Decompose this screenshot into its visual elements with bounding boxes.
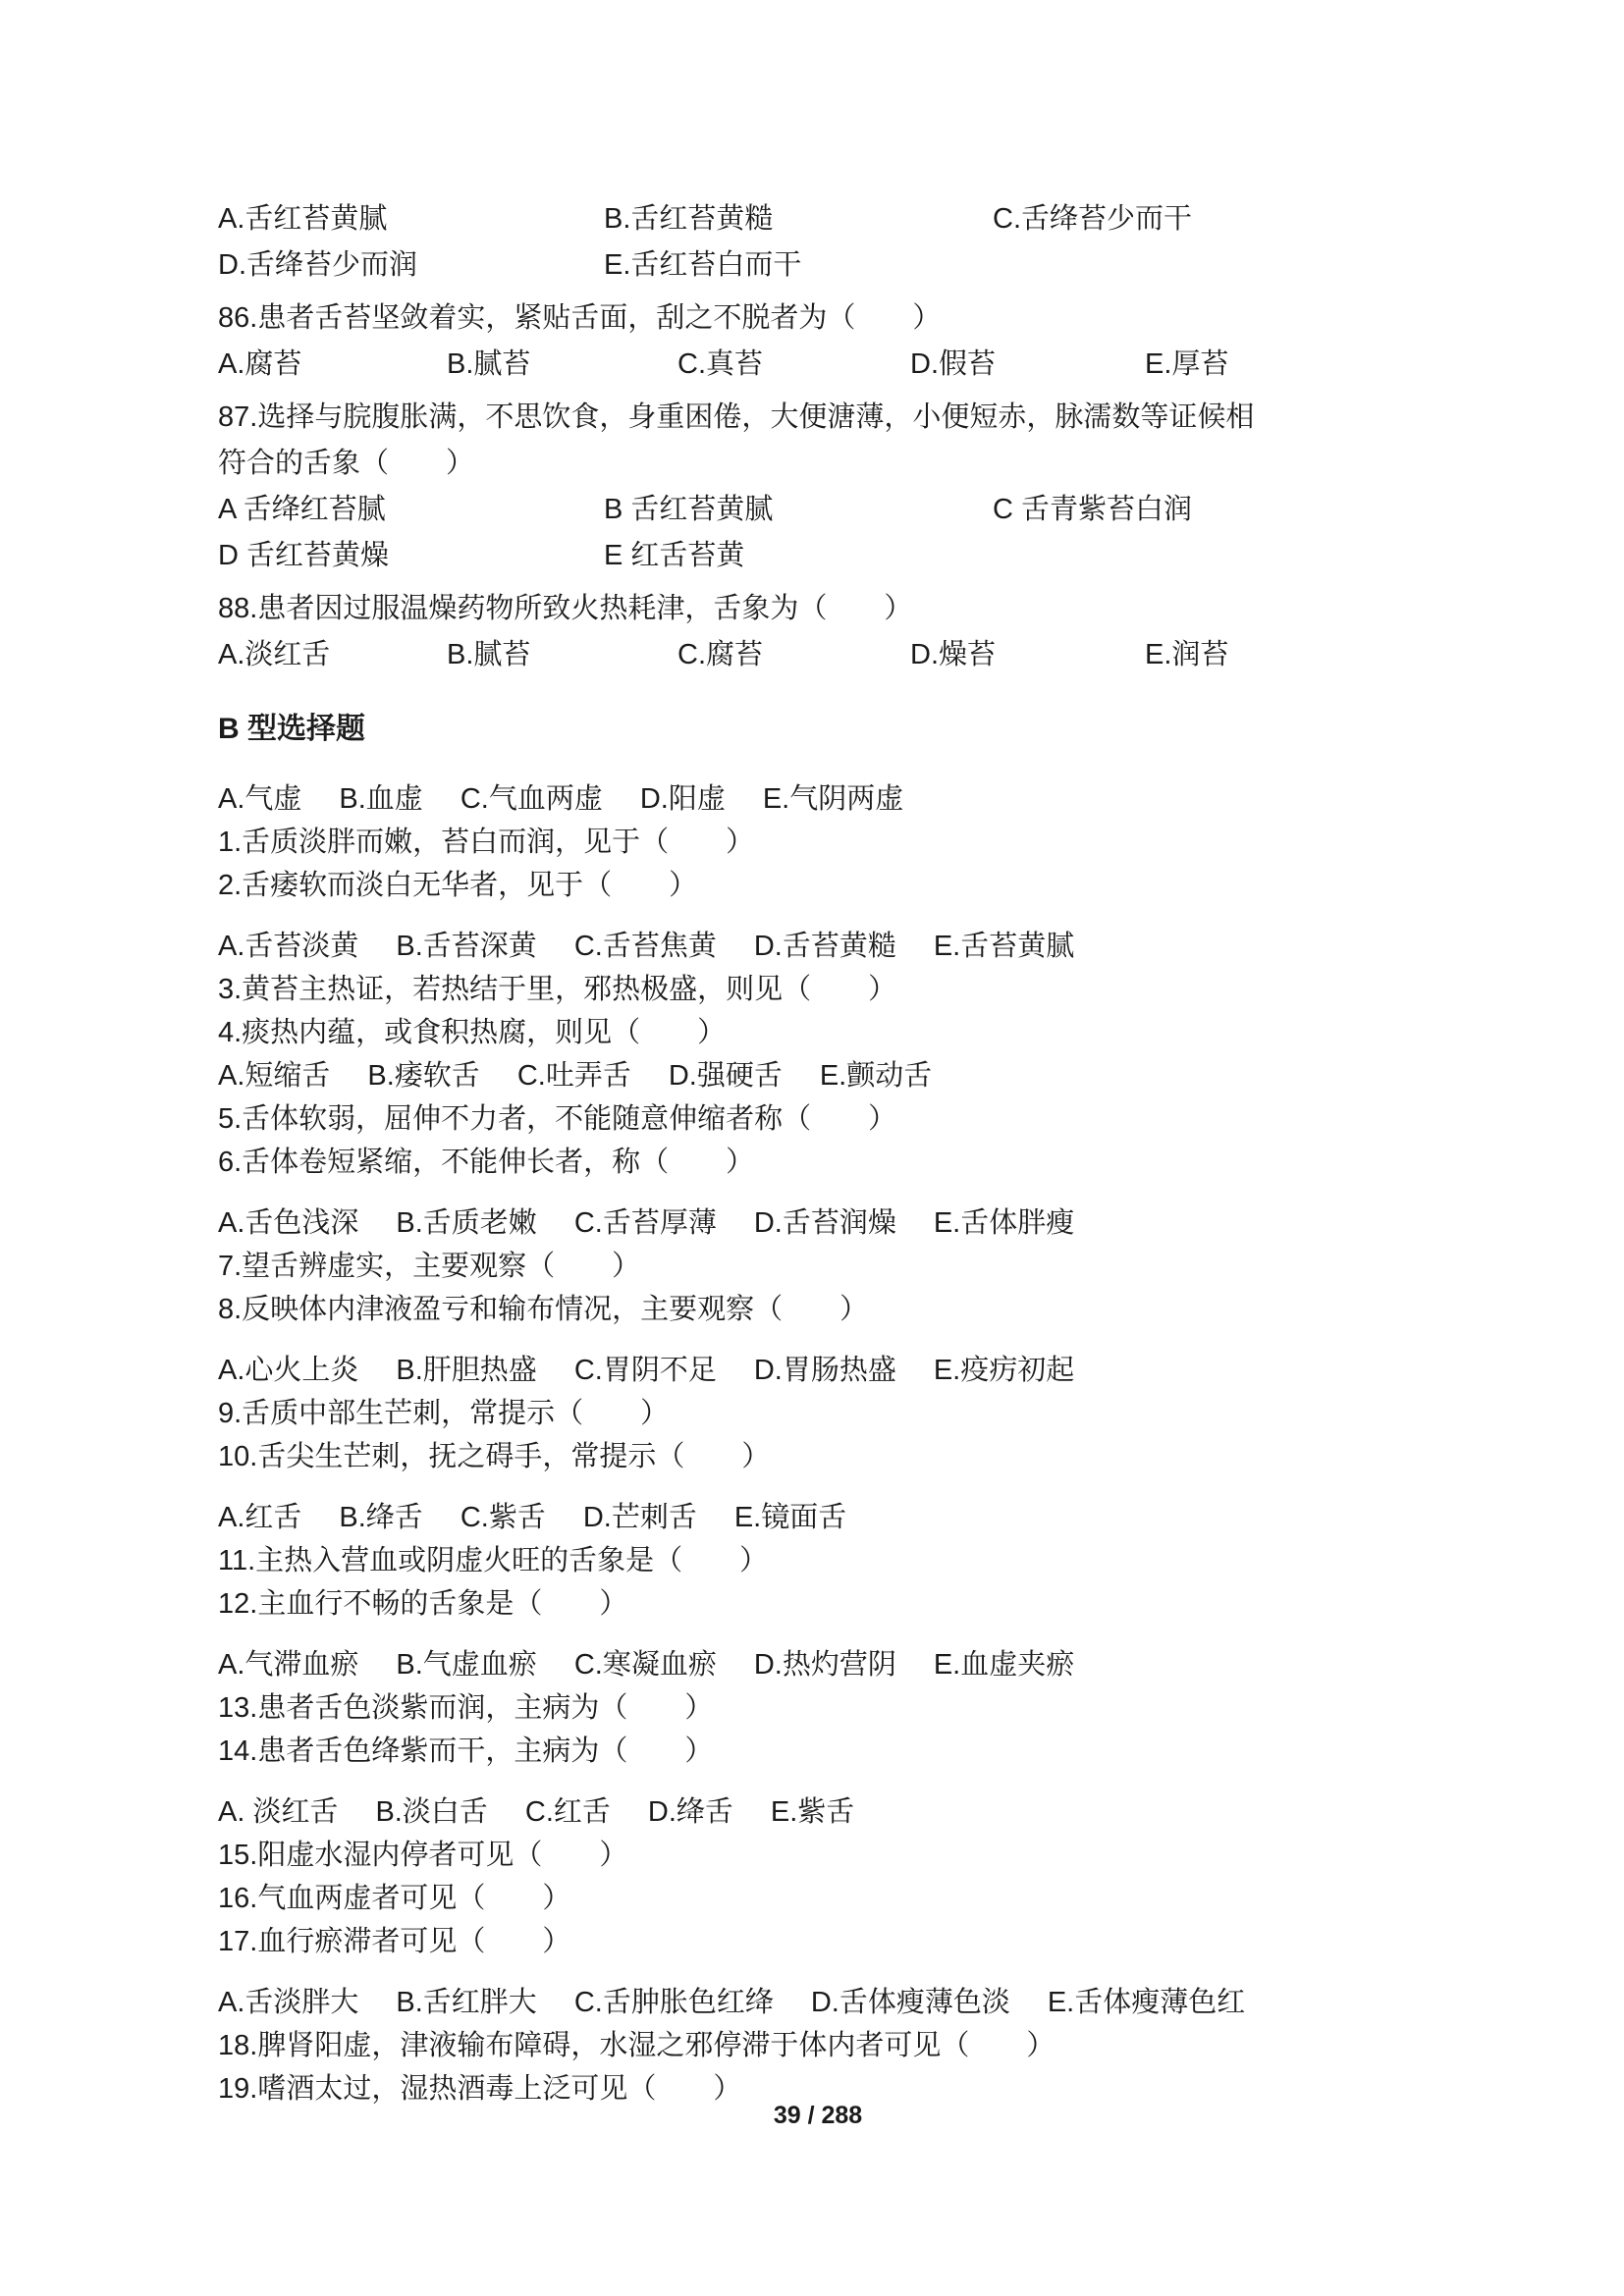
option-item: D.阳虚	[640, 777, 726, 821]
question-group: A.舌淡胖大 B.舌红胖大 C.舌肿胀色红绛 D.舌体瘦薄色淡 E.舌体瘦薄色红…	[218, 1981, 1494, 2110]
question-text: 88.患者因过服温燥药物所致火热耗津，舌象为（ ）	[218, 586, 912, 632]
question-line: 8.反映体内津液盈亏和输布情况，主要观察（ ）	[218, 1288, 1494, 1331]
options-row: A.心火上炎 B.肝胆热盛 C.胃阴不足 D.胃肠热盛 E.疫疠初起	[218, 1349, 1494, 1392]
options-row: A.舌色浅深 B.舌质老嫩 C.舌苔厚薄 D.舌苔润燥 E.舌体胖瘦	[218, 1201, 1494, 1245]
question-text: 符合的舌象（ ）	[218, 441, 474, 487]
option-item: E.润苔	[1145, 632, 1228, 678]
question-text: 10.舌尖生芒刺，抚之碍手，常提示（ ）	[218, 1435, 770, 1478]
options-row: A.淡红舌 B.腻苔 C.腐苔 D.燥苔 E.润苔	[218, 632, 1494, 678]
options-row: A. 淡红舌 B.淡白舌 C.红舌 D.绛舌 E.紫舌	[218, 1790, 1494, 1834]
options-row: A.红舌 B.绛舌 C.紫舌 D.芒刺舌 E.镜面舌	[218, 1496, 1494, 1539]
question-text: 11.主热入营血或阴虚火旺的舌象是（ ）	[218, 1539, 768, 1582]
option-item: E.疫疠初起	[934, 1349, 1074, 1392]
options-row: D.舌绛苔少而润 E.舌红苔白而干	[218, 242, 1494, 289]
option-item: E 红舌苔黄	[604, 533, 744, 579]
option-item: C.红舌	[525, 1790, 611, 1834]
options-row: A 舌绛红苔腻 B 舌红苔黄腻 C 舌青紫苔白润	[218, 487, 1494, 533]
option-item: B.痿软舌	[367, 1054, 479, 1097]
option-item: D.舌绛苔少而润	[218, 242, 604, 289]
option-item: A 舌绛红苔腻	[218, 487, 604, 533]
question-line: 15.阳虚水湿内停者可见（ ）	[218, 1834, 1494, 1877]
page-number: 39 / 288	[0, 2101, 1624, 2130]
question-group: A.气滞血瘀 B.气虚血瘀 C.寒凝血瘀 D.热灼营阴 E.血虚夹瘀 13.患者…	[218, 1643, 1494, 1773]
question-line: 11.主热入营血或阴虚火旺的舌象是（ ）	[218, 1539, 1494, 1582]
option-item: E.颤动舌	[820, 1054, 932, 1097]
option-item: D.舌苔黄糙	[754, 925, 896, 968]
option-item: D.强硬舌	[669, 1054, 783, 1097]
question-line: 14.患者舌色绛紫而干，主病为（ ）	[218, 1730, 1494, 1773]
question-line: 10.舌尖生芒刺，抚之碍手，常提示（ ）	[218, 1435, 1494, 1478]
question-text: 15.阳虚水湿内停者可见（ ）	[218, 1834, 627, 1877]
question-text: 2.舌痿软而淡白无华者，见于（ ）	[218, 864, 697, 907]
option-item: C.舌苔焦黄	[574, 925, 717, 968]
option-item: C.胃阴不足	[574, 1349, 717, 1392]
option-item: A.舌色浅深	[218, 1201, 358, 1245]
option-item: D.舌苔润燥	[754, 1201, 896, 1245]
option-item: D 舌红苔黄燥	[218, 533, 604, 579]
option-item: D.舌体瘦薄色淡	[811, 1981, 1010, 2024]
question-text: 86.患者舌苔坚敛着实，紧贴舌面，刮之不脱者为（ ）	[218, 295, 941, 342]
options-row: A.腐苔 B.腻苔 C.真苔 D.假苔 E.厚苔	[218, 342, 1494, 388]
option-item: E.镜面舌	[734, 1496, 846, 1539]
options-row: A.气虚 B.血虚 C.气血两虚 D.阳虚 E.气阴两虚	[218, 777, 1494, 821]
options-row: D 舌红苔黄燥 E 红舌苔黄	[218, 533, 1494, 579]
question-text: 4.痰热内蕴，或食积热腐，则见（ ）	[218, 1011, 726, 1054]
option-item: C.紫舌	[460, 1496, 546, 1539]
question-text: 18.脾肾阳虚，津液输布障碍，水湿之邪停滞于体内者可见（ ）	[218, 2024, 1055, 2067]
question-line: 16.气血两虚者可见（ ）	[218, 1877, 1494, 1920]
question-text: 8.反映体内津液盈亏和输布情况，主要观察（ ）	[218, 1288, 868, 1331]
question-text: 6.舌体卷短紧缩，不能伸长者，称（ ）	[218, 1141, 754, 1184]
option-item: B.腻苔	[447, 342, 677, 388]
option-item: A.舌苔淡黄	[218, 925, 358, 968]
question-group: A.舌色浅深 B.舌质老嫩 C.舌苔厚薄 D.舌苔润燥 E.舌体胖瘦 7.望舌辨…	[218, 1201, 1494, 1331]
question-text: 16.气血两虚者可见（ ）	[218, 1877, 570, 1920]
option-item: C.寒凝血瘀	[574, 1643, 717, 1686]
question-text: 9.舌质中部生芒刺，常提示（ ）	[218, 1392, 669, 1435]
option-item: E.紫舌	[771, 1790, 854, 1834]
option-item: B.舌质老嫩	[396, 1201, 536, 1245]
question-text: 14.患者舌色绛紫而干，主病为（ ）	[218, 1730, 713, 1773]
option-item: E.血虚夹瘀	[934, 1643, 1074, 1686]
question-line: 5.舌体软弱，屈伸不力者，不能随意伸缩者称（ ）	[218, 1097, 1494, 1141]
option-item: E.舌体胖瘦	[934, 1201, 1074, 1245]
option-item: C.吐弄舌	[517, 1054, 631, 1097]
question-line: 13.患者舌色淡紫而润，主病为（ ）	[218, 1686, 1494, 1730]
question-stem-continued: 符合的舌象（ ）	[218, 441, 1494, 487]
question-text: 12.主血行不畅的舌象是（ ）	[218, 1582, 627, 1626]
option-item: E.厚苔	[1145, 342, 1228, 388]
option-item: B.绛舌	[339, 1496, 422, 1539]
option-item: B.血虚	[339, 777, 422, 821]
option-item: C.气血两虚	[460, 777, 603, 821]
option-item: D.假苔	[910, 342, 1145, 388]
option-item: C.舌肿胀色红绛	[574, 1981, 774, 2024]
option-item: D.绛舌	[648, 1790, 733, 1834]
option-item: E.舌苔黄腻	[934, 925, 1074, 968]
question-line: 3.黄苔主热证，若热结于里，邪热极盛，则见（ ）	[218, 968, 1494, 1011]
section-a: A.舌红苔黄腻 B.舌红苔黄糙 C.舌绛苔少而干 D.舌绛苔少而润 E.舌红苔白…	[218, 196, 1494, 678]
option-item: B 舌红苔黄腻	[604, 487, 993, 533]
option-item: C.腐苔	[677, 632, 910, 678]
page-content: A.舌红苔黄腻 B.舌红苔黄糙 C.舌绛苔少而干 D.舌绛苔少而润 E.舌红苔白…	[218, 196, 1494, 2110]
option-item: C.真苔	[677, 342, 910, 388]
question-group: A.红舌 B.绛舌 C.紫舌 D.芒刺舌 E.镜面舌 11.主热入营血或阴虚火旺…	[218, 1496, 1494, 1626]
option-item: B.舌苔深黄	[396, 925, 536, 968]
question-stem: 87.选择与脘腹胀满，不思饮食，身重困倦，大便溏薄，小便短赤，脉濡数等证候相	[218, 395, 1494, 441]
option-item: A.舌红苔黄腻	[218, 196, 604, 242]
option-item: A.腐苔	[218, 342, 447, 388]
option-item: D.胃肠热盛	[754, 1349, 896, 1392]
option-item: A.淡红舌	[218, 632, 447, 678]
question-line: 4.痰热内蕴，或食积热腐，则见（ ）	[218, 1011, 1494, 1054]
option-item: C.舌绛苔少而干	[993, 196, 1192, 242]
question-text: 5.舌体软弱，屈伸不力者，不能随意伸缩者称（ ）	[218, 1097, 896, 1141]
option-item: A.舌淡胖大	[218, 1981, 358, 2024]
option-item: D.燥苔	[910, 632, 1145, 678]
option-item: B.淡白舌	[375, 1790, 487, 1834]
question-stem: 86.患者舌苔坚敛着实，紧贴舌面，刮之不脱者为（ ）	[218, 295, 1494, 342]
option-item: B.气虚血瘀	[396, 1643, 536, 1686]
question-line: 1.舌质淡胖而嫩，苔白而润，见于（ ）	[218, 821, 1494, 864]
option-item: E.气阴两虚	[763, 777, 903, 821]
question-line: 2.舌痿软而淡白无华者，见于（ ）	[218, 864, 1494, 907]
question-group: A.舌苔淡黄 B.舌苔深黄 C.舌苔焦黄 D.舌苔黄糙 E.舌苔黄腻 3.黄苔主…	[218, 925, 1494, 1054]
question-line: 18.脾肾阳虚，津液输布障碍，水湿之邪停滞于体内者可见（ ）	[218, 2024, 1494, 2067]
question-block-87: 87.选择与脘腹胀满，不思饮食，身重困倦，大便溏薄，小便短赤，脉濡数等证候相 符…	[218, 395, 1494, 579]
option-item: D.热灼营阴	[754, 1643, 896, 1686]
option-item: B.腻苔	[447, 632, 677, 678]
option-item: E.舌体瘦薄色红	[1048, 1981, 1245, 2024]
option-item: D.芒刺舌	[583, 1496, 697, 1539]
options-row: A.气滞血瘀 B.气虚血瘀 C.寒凝血瘀 D.热灼营阴 E.血虚夹瘀	[218, 1643, 1494, 1686]
option-item: C 舌青紫苔白润	[993, 487, 1192, 533]
option-item: A.短缩舌	[218, 1054, 330, 1097]
question-block-86: 86.患者舌苔坚敛着实，紧贴舌面，刮之不脱者为（ ） A.腐苔 B.腻苔 C.真…	[218, 295, 1494, 388]
question-text: 3.黄苔主热证，若热结于里，邪热极盛，则见（ ）	[218, 968, 896, 1011]
question-text: 87.选择与脘腹胀满，不思饮食，身重困倦，大便溏薄，小便短赤，脉濡数等证候相	[218, 395, 1254, 441]
option-item: A.心火上炎	[218, 1349, 358, 1392]
options-row: A.舌红苔黄腻 B.舌红苔黄糙 C.舌绛苔少而干	[218, 196, 1494, 242]
question-group: A.心火上炎 B.肝胆热盛 C.胃阴不足 D.胃肠热盛 E.疫疠初起 9.舌质中…	[218, 1349, 1494, 1478]
option-item: A.气虚	[218, 777, 301, 821]
question-group: A. 淡红舌 B.淡白舌 C.红舌 D.绛舌 E.紫舌 15.阳虚水湿内停者可见…	[218, 1790, 1494, 1963]
question-text: 17.血行瘀滞者可见（ ）	[218, 1920, 570, 1963]
option-item: B.舌红胖大	[396, 1981, 536, 2024]
question-line: 12.主血行不畅的舌象是（ ）	[218, 1582, 1494, 1626]
options-row: A.舌苔淡黄 B.舌苔深黄 C.舌苔焦黄 D.舌苔黄糙 E.舌苔黄腻	[218, 925, 1494, 968]
option-item: A.红舌	[218, 1496, 301, 1539]
question-text: 13.患者舌色淡紫而润，主病为（ ）	[218, 1686, 713, 1730]
question-group: A.气虚 B.血虚 C.气血两虚 D.阳虚 E.气阴两虚 1.舌质淡胖而嫩，苔白…	[218, 777, 1494, 907]
option-item: C.舌苔厚薄	[574, 1201, 717, 1245]
question-line: 6.舌体卷短紧缩，不能伸长者，称（ ）	[218, 1141, 1494, 1184]
question-line: 9.舌质中部生芒刺，常提示（ ）	[218, 1392, 1494, 1435]
question-block-88: 88.患者因过服温燥药物所致火热耗津，舌象为（ ） A.淡红舌 B.腻苔 C.腐…	[218, 586, 1494, 678]
options-row: A.舌淡胖大 B.舌红胖大 C.舌肿胀色红绛 D.舌体瘦薄色淡 E.舌体瘦薄色红	[218, 1981, 1494, 2024]
question-stem: 88.患者因过服温燥药物所致火热耗津，舌象为（ ）	[218, 586, 1494, 632]
question-line: 17.血行瘀滞者可见（ ）	[218, 1920, 1494, 1963]
question-group: A.短缩舌 B.痿软舌 C.吐弄舌 D.强硬舌 E.颤动舌 5.舌体软弱，屈伸不…	[218, 1054, 1494, 1184]
option-item: E.舌红苔白而干	[604, 242, 801, 289]
option-item: B.舌红苔黄糙	[604, 196, 993, 242]
option-item: B.肝胆热盛	[396, 1349, 536, 1392]
section-b-heading: B 型选择题	[218, 706, 1494, 752]
question-text: 7.望舌辨虚实，主要观察（ ）	[218, 1245, 640, 1288]
option-item: A.气滞血瘀	[218, 1643, 358, 1686]
options-row: A.短缩舌 B.痿软舌 C.吐弄舌 D.强硬舌 E.颤动舌	[218, 1054, 1494, 1097]
option-item: A. 淡红舌	[218, 1790, 338, 1834]
question-text: 1.舌质淡胖而嫩，苔白而润，见于（ ）	[218, 821, 754, 864]
section-b: A.气虚 B.血虚 C.气血两虚 D.阳虚 E.气阴两虚 1.舌质淡胖而嫩，苔白…	[218, 777, 1494, 2110]
question-line: 7.望舌辨虚实，主要观察（ ）	[218, 1245, 1494, 1288]
